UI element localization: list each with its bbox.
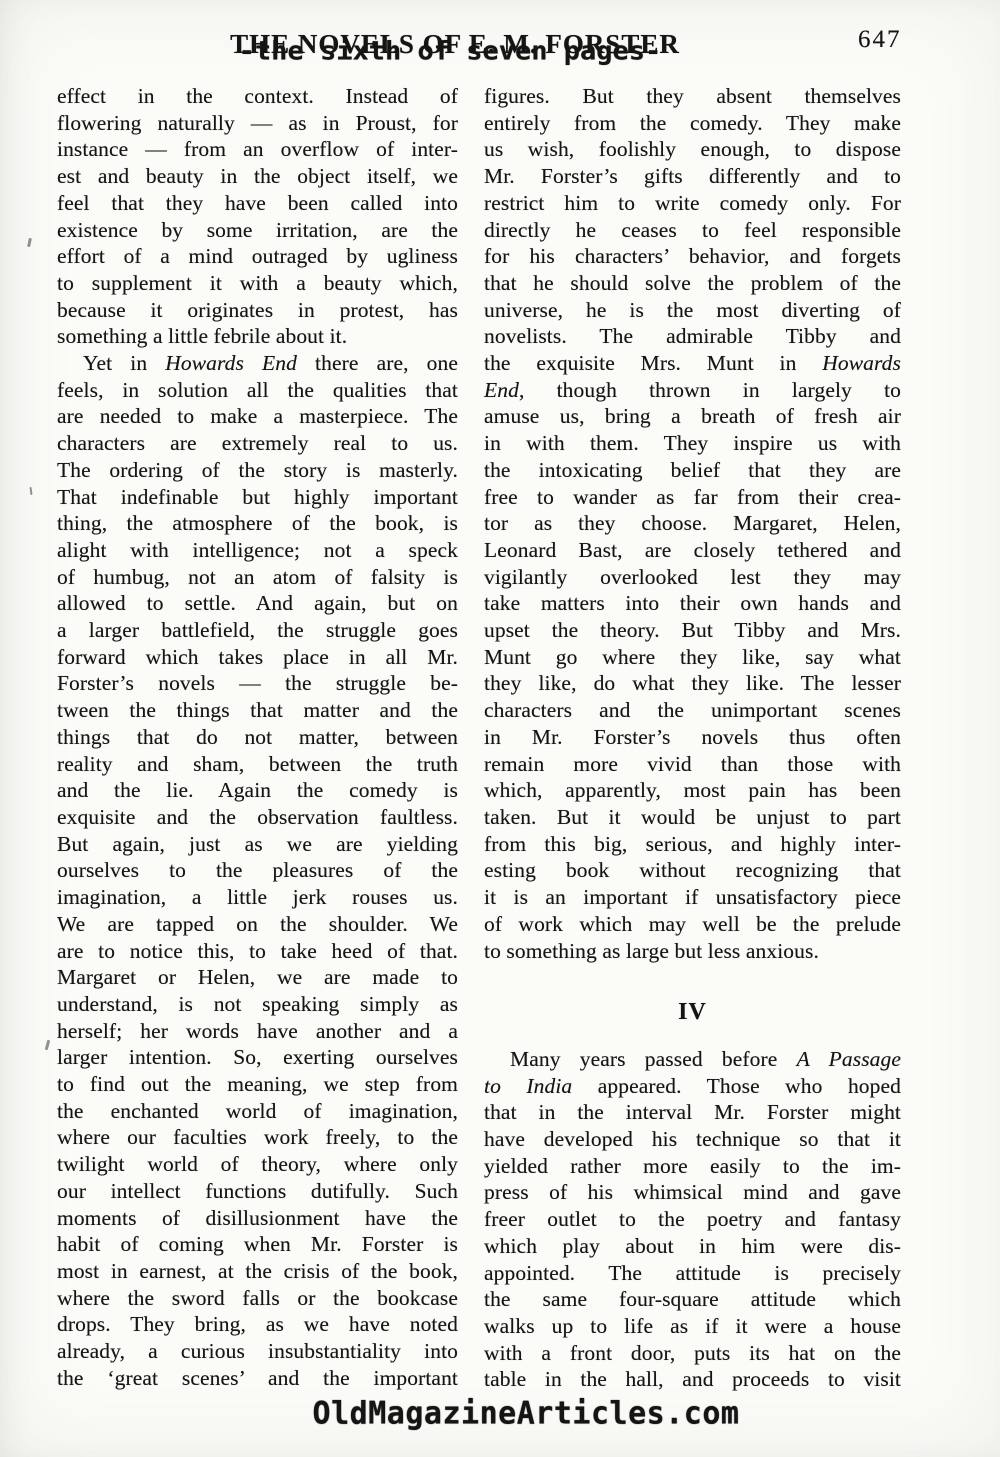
text-line: End, though thrown in largely to bbox=[484, 377, 901, 404]
section-heading: IV bbox=[484, 999, 901, 1026]
text-line: feel that they have been called into bbox=[57, 190, 458, 217]
text-line: understand, is not speaking simply as bbox=[57, 991, 458, 1018]
text-line: Forster’s novels — the struggle be- bbox=[57, 670, 458, 697]
text-line: twilight world of theory, where only bbox=[57, 1151, 458, 1178]
text-line: because it originates in protest, has bbox=[57, 297, 458, 324]
text-line: to something as large but less anxious. bbox=[484, 938, 901, 965]
text-line: us wish, foolishly enough, to dispose bbox=[484, 136, 901, 163]
text-line: that in the interval Mr. Forster might bbox=[484, 1099, 901, 1126]
text-line: it is an important if unsatisfactory pie… bbox=[484, 884, 901, 911]
text-line: novelists. The admirable Tibby and bbox=[484, 323, 901, 350]
watermark: OldMagazineArticles.com bbox=[46, 1395, 1000, 1432]
text-line: our intellect functions dutifully. Such bbox=[57, 1178, 458, 1205]
text-line: something a little febrile about it. bbox=[57, 323, 458, 350]
text-line: where our faculties work freely, to the bbox=[57, 1124, 458, 1151]
text-line: with a front door, puts its hat on the bbox=[484, 1340, 901, 1367]
text-line: ourselves to the pleasures of the bbox=[57, 857, 458, 884]
text-line: freer outlet to the poetry and fantasy bbox=[484, 1206, 901, 1233]
text-line: the enchanted world of imagination, bbox=[57, 1098, 458, 1125]
text-line: Leonard Bast, are closely tethered and bbox=[484, 537, 901, 564]
scan-artifact bbox=[45, 1040, 50, 1050]
text-line: the same four-square attitude which bbox=[484, 1286, 901, 1313]
text-line: of humbug, not an atom of falsity is bbox=[57, 564, 458, 591]
right-column: figures. But they absent themselvesentir… bbox=[484, 83, 901, 1393]
text-line: We are tapped on the shoulder. We bbox=[57, 911, 458, 938]
text-line: moments of disillusionment have the bbox=[57, 1205, 458, 1232]
text-line: characters are extremely real to us. bbox=[57, 430, 458, 457]
text-line: yielded rather more easily to the im- bbox=[484, 1153, 901, 1180]
text-line: tween the things that matter and the bbox=[57, 697, 458, 724]
text-line: that he should solve the problem of the bbox=[484, 270, 901, 297]
text-line: restrict him to write comedy only. For bbox=[484, 190, 901, 217]
text-line: drops. They bring, as we have noted bbox=[57, 1311, 458, 1338]
text-line: But again, just as we are yielding bbox=[57, 831, 458, 858]
text-line: and the lie. Again the comedy is bbox=[57, 777, 458, 804]
text-line: from this big, serious, and highly inter… bbox=[484, 831, 901, 858]
text-line: effort of a mind outraged by ugliness bbox=[57, 243, 458, 270]
text-line: upset the theory. But Tibby and Mrs. bbox=[484, 617, 901, 644]
text-line: existence by some irritation, are the bbox=[57, 217, 458, 244]
text-line: vigilantly overlooked lest they may bbox=[484, 564, 901, 591]
text-line: taken. But it would be unjust to part bbox=[484, 804, 901, 831]
text-line: figures. But they absent themselves bbox=[484, 83, 901, 110]
text-line: flowering naturally — as in Proust, for bbox=[57, 110, 458, 137]
text-line: thing, the atmosphere of the book, is bbox=[57, 510, 458, 537]
text-line: most in earnest, at the crisis of the bo… bbox=[57, 1258, 458, 1285]
scan-artifact bbox=[27, 238, 32, 247]
text-line: universe, he is the most diverting of bbox=[484, 297, 901, 324]
text-line: they like, do what they like. The lesser bbox=[484, 670, 901, 697]
text-line: have developed his technique so that it bbox=[484, 1126, 901, 1153]
text-line: the exquisite Mrs. Munt in Howards bbox=[484, 350, 901, 377]
text-line: allowed to settle. And again, but on bbox=[57, 590, 458, 617]
text-line: exquisite and the observation faultless. bbox=[57, 804, 458, 831]
text-line: Munt go where they like, say what bbox=[484, 644, 901, 671]
text-line: Mr. Forster’s gifts differently and to bbox=[484, 163, 901, 190]
text-line: walks up to life as if it were a house bbox=[484, 1313, 901, 1340]
text-line: entirely from the comedy. They make bbox=[484, 110, 901, 137]
text-line: herself; her words have another and a bbox=[57, 1018, 458, 1045]
text-line: appointed. The attitude is precisely bbox=[484, 1260, 901, 1287]
paragraph: figures. But they absent themselvesentir… bbox=[484, 83, 901, 964]
text-line: to supplement it with a beauty which, bbox=[57, 270, 458, 297]
text-line: in with them. They inspire us with bbox=[484, 430, 901, 457]
text-line: are needed to make a masterpiece. The bbox=[57, 403, 458, 430]
text-line: reality and sham, between the truth bbox=[57, 751, 458, 778]
text-line: amuse us, bring a breath of fresh air bbox=[484, 403, 901, 430]
text-line: to find out the meaning, we step from bbox=[57, 1071, 458, 1098]
text-line: instance — from an overflow of inter- bbox=[57, 136, 458, 163]
text-line: characters and the unimportant scenes bbox=[484, 697, 901, 724]
text-line: habit of coming when Mr. Forster is bbox=[57, 1231, 458, 1258]
text-line: larger intention. So, exerting ourselves bbox=[57, 1044, 458, 1071]
text-line: effect in the context. Instead of bbox=[57, 83, 458, 110]
text-line: forward which takes place in all Mr. bbox=[57, 644, 458, 671]
text-line: take matters into their own hands and bbox=[484, 590, 901, 617]
text-line: esting book without recognizing that bbox=[484, 857, 901, 884]
paragraph: effect in the context. Instead offloweri… bbox=[57, 83, 458, 350]
text-line: which play about in him were dis- bbox=[484, 1233, 901, 1260]
text-line: where the sword falls or the bookcase bbox=[57, 1285, 458, 1312]
text-line: feels, in solution all the qualities tha… bbox=[57, 377, 458, 404]
text-line: That indefinable but highly important bbox=[57, 484, 458, 511]
text-line: Margaret or Helen, we are made to bbox=[57, 964, 458, 991]
text-line: for his characters’ behavior, and forget… bbox=[484, 243, 901, 270]
text-line: est and beauty in the object itself, we bbox=[57, 163, 458, 190]
text-line: in Mr. Forster’s novels thus often bbox=[484, 724, 901, 751]
text-line: The ordering of the story is masterly. bbox=[57, 457, 458, 484]
text-line: are to notice this, to take heed of that… bbox=[57, 938, 458, 965]
text-line: already, a curious insubstantiality into bbox=[57, 1338, 458, 1365]
page-subtitle: -the sixth of seven pages- bbox=[0, 37, 900, 67]
text-line: directly he ceases to feel responsible bbox=[484, 217, 901, 244]
page-number: 647 bbox=[858, 26, 902, 54]
text-line: table in the hall, and proceeds to visit bbox=[484, 1366, 901, 1393]
text-line: free to wander as far from their crea- bbox=[484, 484, 901, 511]
text-line: of work which may well be the prelude bbox=[484, 911, 901, 938]
text-line: to India appeared. Those who hoped bbox=[484, 1073, 901, 1100]
text-line: imagination, a little jerk rouses us. bbox=[57, 884, 458, 911]
text-line: press of his whimsical mind and gave bbox=[484, 1179, 901, 1206]
text-line: remain more vivid than those with bbox=[484, 751, 901, 778]
text-line: tor as they choose. Margaret, Helen, bbox=[484, 510, 901, 537]
text-line: a larger battlefield, the struggle goes bbox=[57, 617, 458, 644]
left-column: effect in the context. Instead offloweri… bbox=[57, 83, 458, 1391]
paragraph: Many years passed before A Passageto Ind… bbox=[484, 1046, 901, 1393]
text-line: Many years passed before A Passage bbox=[484, 1046, 901, 1073]
magazine-page: THE NOVELS OF E. M. FORSTER -the sixth o… bbox=[0, 0, 1000, 1457]
text-line: Yet in Howards End there are, one bbox=[57, 350, 458, 377]
text-line: the ‘great scenes’ and the important bbox=[57, 1365, 458, 1392]
scan-artifact bbox=[29, 487, 32, 495]
text-line: which, apparently, most pain has been bbox=[484, 777, 901, 804]
text-line: things that do not matter, between bbox=[57, 724, 458, 751]
paragraph: Yet in Howards End there are, onefeels, … bbox=[57, 350, 458, 1391]
text-line: the intoxicating belief that they are bbox=[484, 457, 901, 484]
text-line: alight with intelligence; not a speck bbox=[57, 537, 458, 564]
